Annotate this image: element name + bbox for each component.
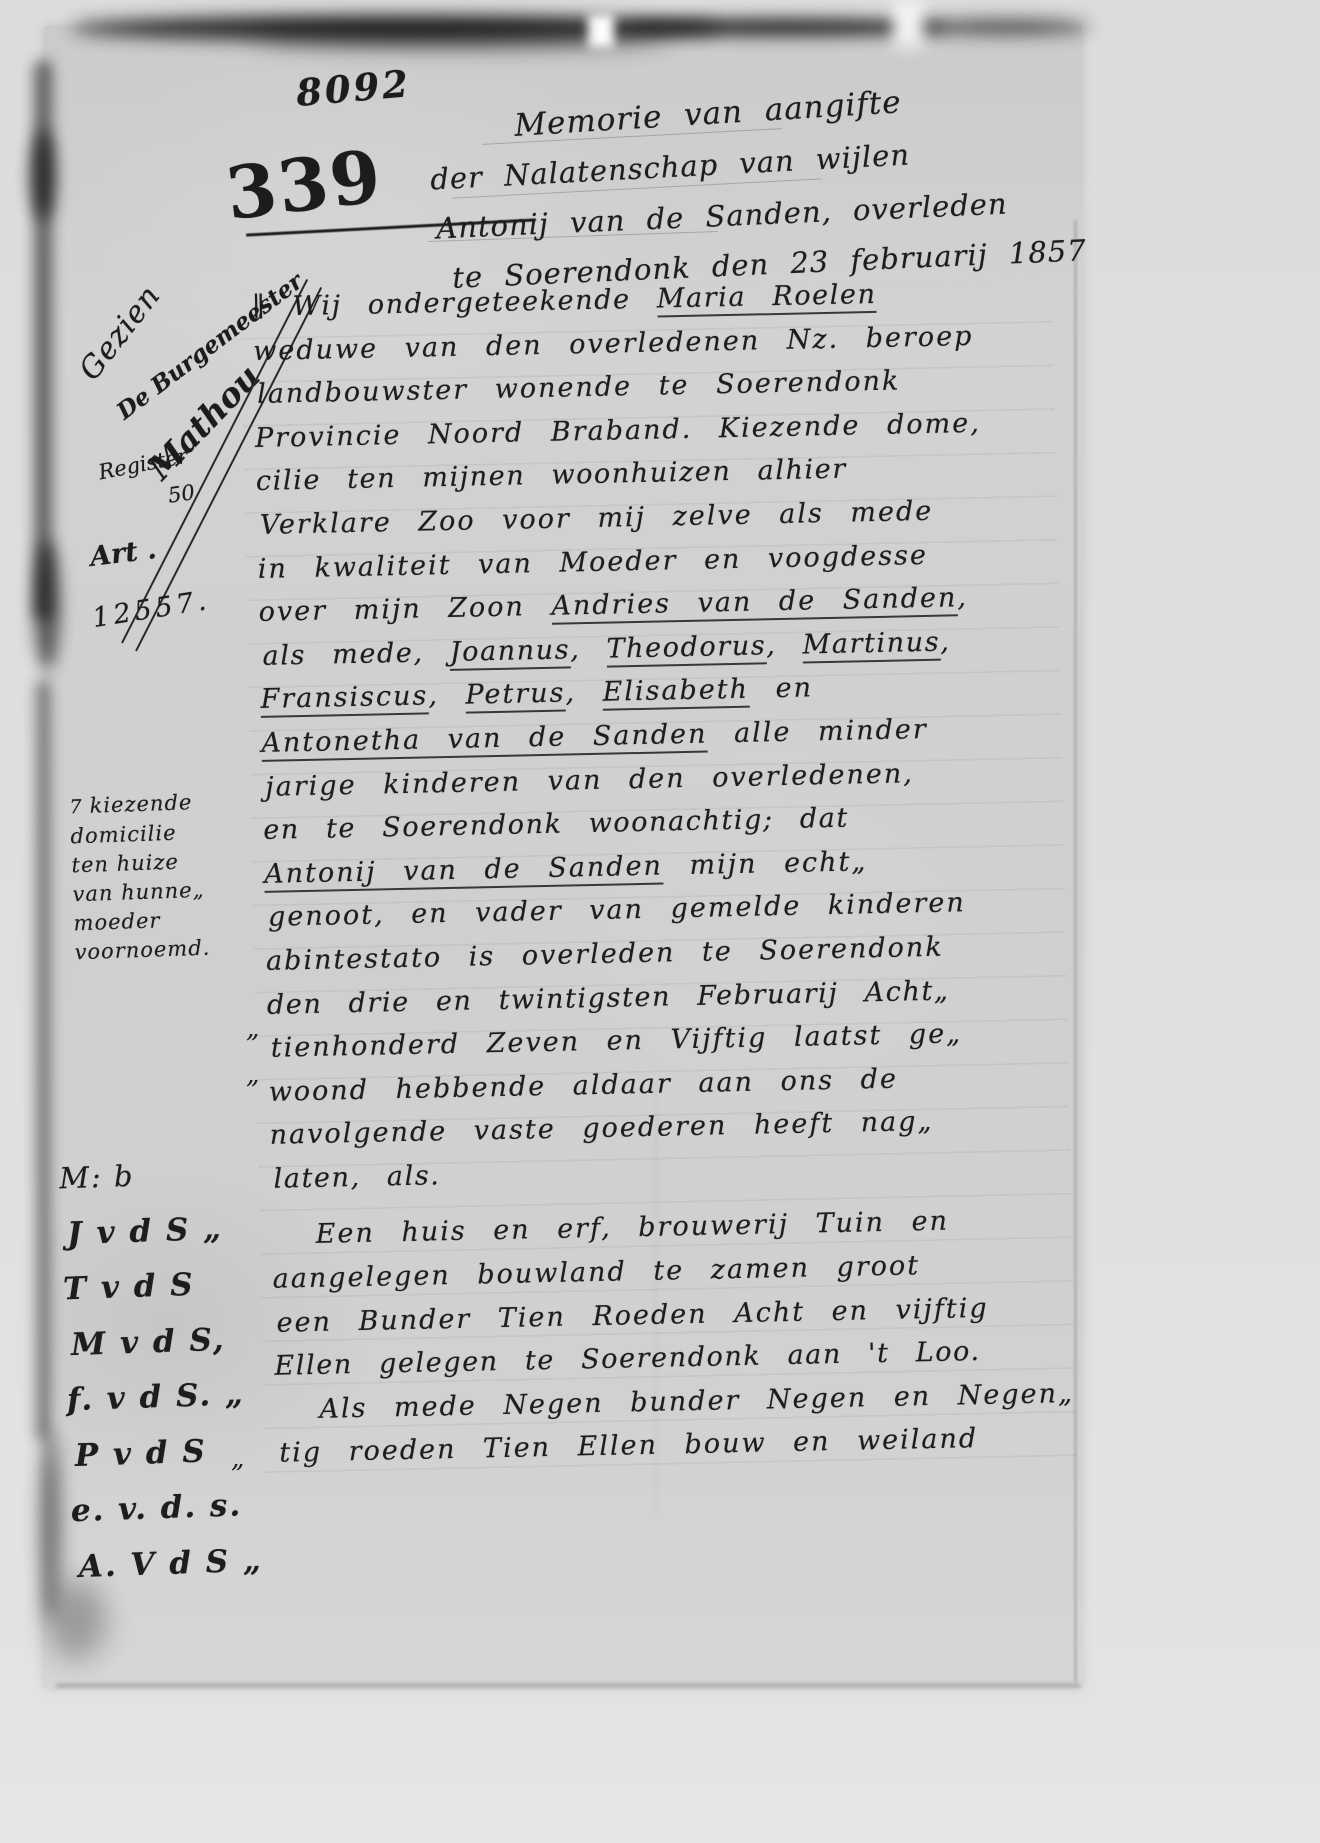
text-segment: over mijn Zoon	[258, 591, 551, 628]
margin-note-line: domicilie	[70, 818, 207, 852]
text-segment: ,	[766, 629, 803, 661]
text-segment: ,	[570, 633, 607, 665]
text-segment: als mede,	[262, 637, 450, 672]
text-segment: mijn echt„	[663, 846, 868, 881]
heir-initials: T v d S	[62, 1256, 254, 1318]
continuation-mark: „	[246, 1060, 259, 1090]
paper-left-edge-shadow	[30, 130, 56, 220]
heir-initials: M v d S,	[64, 1311, 256, 1373]
text-segment: Een huis en erf, brouwerij Tuin en	[315, 1206, 949, 1250]
text-segment: laten, als.	[273, 1160, 441, 1194]
heir-initials: M: b	[58, 1145, 250, 1207]
reference-mark: 7	[69, 796, 90, 819]
text-segment: ,	[957, 582, 968, 613]
scanned-manuscript-photo: 8092 339 Gezien De Burgemeester Mathou R…	[0, 0, 1320, 1843]
register-number: 50	[166, 480, 196, 507]
underlined-name: Martinus	[802, 626, 940, 663]
underlined-name: Theodorus	[606, 630, 766, 667]
margin-domicile-note: 7 kiezendedomicilieten huizevan hunne„mo…	[69, 788, 211, 968]
paper-left-edge-shadow	[34, 540, 60, 670]
text-segment: ,	[940, 626, 951, 657]
scan-white-artifact	[893, 0, 923, 48]
heir-initials: f. v d S. „	[66, 1367, 258, 1429]
margin-note-line: ten huize	[71, 847, 208, 881]
underlined-name: Andries van de Sanden	[551, 582, 958, 624]
underlined-name: Antonij van de Sanden	[264, 850, 663, 892]
margin-note-line: moeder	[73, 905, 210, 939]
margin-note-line: van hunne„	[72, 876, 209, 910]
continuation-mark: „	[246, 1014, 259, 1044]
underlined-name: Elisabeth	[602, 674, 749, 711]
heir-initials: J v d S „	[60, 1200, 252, 1262]
text-segment: alle minder	[707, 714, 928, 750]
manuscript-body: ∥ Wij ondergeteekende Maria Roelenweduwe…	[252, 275, 1075, 1481]
underlined-name: Petrus	[465, 678, 566, 714]
scan-white-artifact	[588, 14, 614, 48]
continuation-mark: „	[231, 1444, 244, 1474]
heir-initials: e. v. d. s.	[70, 1478, 262, 1540]
heir-initials: A. V d S „	[72, 1533, 264, 1595]
margin-note-line: 7 kiezende	[69, 788, 206, 823]
margin-heir-initials: M: bJ v d S „T v d SM v d S,f. v d S. „P…	[58, 1145, 263, 1595]
paper-bottom-edge	[56, 1684, 1080, 1687]
underlined-name: Fransiscus	[260, 681, 429, 719]
text-segment: en	[749, 673, 814, 705]
underlined-name: Joannus	[449, 634, 570, 671]
underlined-name: Maria Roelen	[656, 279, 876, 318]
margin-note-line: voornoemd.	[74, 934, 211, 968]
paper-top-edge-shadow	[920, 20, 1090, 33]
text-segment: ,	[428, 680, 466, 712]
text-segment: ,	[565, 677, 603, 709]
paper-left-edge-shadow	[36, 680, 50, 1440]
